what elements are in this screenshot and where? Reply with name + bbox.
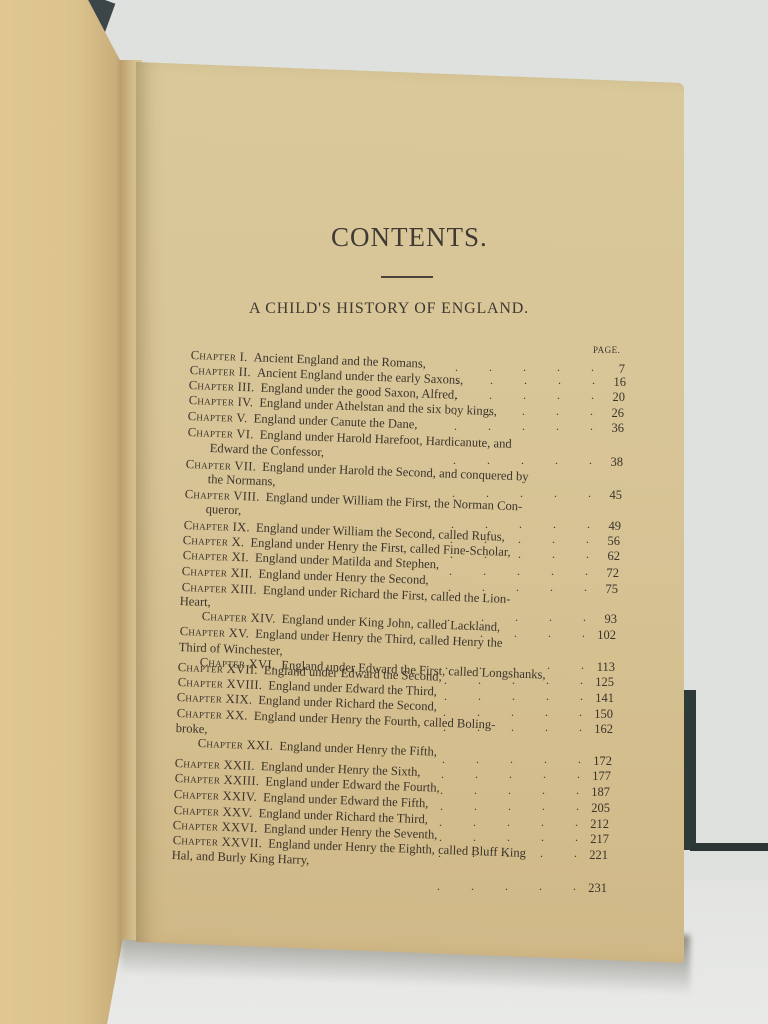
leader-dots: . . . . . [453,453,606,468]
chapter-number: Chapter VI. [187,425,254,441]
chapter-number: Chapter XXIII. [174,771,259,788]
leader-dots: . . . . . [449,564,602,579]
leader-dots: . . . . . [440,799,593,814]
leader-dots: . . . . . [440,783,593,798]
leader-dots: . . . . . [439,815,592,830]
contents-text: CONTENTS. A CHILD'S HISTORY OF ENGLAND. … [0,0,768,1024]
leader-dots: . . . . . [454,404,607,419]
chapter-number: Chapter XIV. [201,609,276,626]
toc-entry-line: Chapter XXI.England under Henry the Fift… [197,736,437,760]
leader-dots: . . . . . [441,767,594,782]
chapter-number: Chapter I. [190,348,247,364]
chapter-number: Chapter XVII. [177,660,258,677]
leader-dots: . . . . . [456,373,609,388]
chapter-number: Chapter XXII. [174,756,255,773]
leader-dots: . . . . . [437,879,590,894]
chapter-number: Chapter V. [187,409,247,425]
chapter-number: Chapter XXI. [197,736,273,753]
chapter-number: Chapter VIII. [184,487,260,504]
chapter-number: Chapter III. [188,378,254,394]
book-subtitle: A CHILD'S HISTORY OF ENGLAND. [249,300,529,318]
chapter-number: Chapter XI. [182,548,249,564]
page-column-header: PAGE. [593,345,620,355]
chapter-number: Chapter XXV. [173,803,252,820]
leader-dots: . . . . . [455,388,608,403]
chapter-number: Chapter IX. [183,518,250,534]
chapter-title: England under Henry the Fifth, [279,739,437,759]
page-title: CONTENTS. [331,222,488,253]
chapter-number: Chapter II. [189,363,251,379]
leader-dots: . . . . . [450,547,603,562]
chapter-number: Chapter XX. [176,706,248,723]
chapter-number: Chapter XII. [181,564,252,581]
chapter-number: Chapter XIX. [176,690,252,707]
chapter-number: Chapter XXIV. [173,787,257,804]
leader-dots: . . . . . [444,689,597,704]
chapter-title-continuation: Edward the Confessor, [209,441,324,460]
chapter-number: Chapter IV. [188,393,253,409]
chapter-number: Chapter X. [182,533,244,549]
leader-dots: . . . . . [442,752,595,767]
chapter-title-continuation: the Normans, [207,472,275,489]
title-rule [381,276,433,278]
leader-dots: . . . . . [454,419,607,434]
leader-dots: . . . . . [444,673,597,688]
chapter-title-continuation: broke, [175,721,207,737]
chapter-title-continuation: Heart, [179,594,211,610]
chapter-title-continuation: queror, [205,502,241,518]
chapter-number: Chapter VII. [185,457,256,474]
chapter-number: Chapter XV. [179,624,249,641]
